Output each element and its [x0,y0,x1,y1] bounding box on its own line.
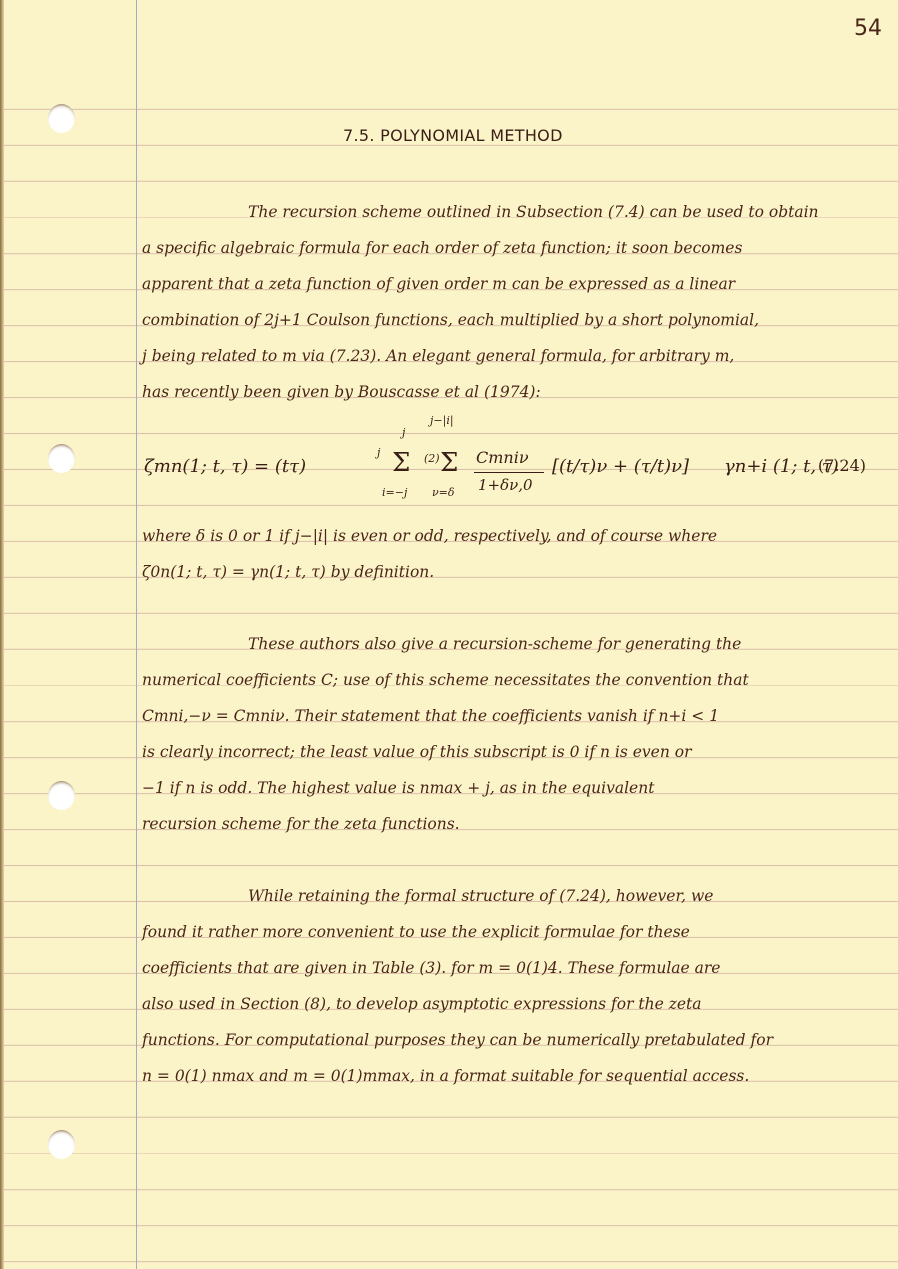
sum2-upper: j−|i| [430,414,454,427]
sum2-prefix: (2) [424,452,440,465]
equation-bracket: [(t/τ)ν + (τ/t)ν] [552,456,689,477]
section-title: 7.5. POLYNOMIAL METHOD [343,126,563,145]
sum1-upper: j [402,426,405,439]
punch-hole [48,444,75,473]
paragraph3-line: Cmni,−ν = Cmniν. Their statement that th… [142,707,719,725]
punch-hole [48,781,75,810]
paragraph4-line: n = 0(1) nmax and m = 0(1)mmax, in a for… [142,1067,749,1085]
paragraph4-line: coefficients that are given in Table (3)… [142,959,720,977]
paragraph4-line: functions. For computational purposes th… [142,1031,773,1049]
paragraph1-line: combination of 2j+1 Coulson functions, e… [142,311,759,329]
notebook-page: 54 7.5. POLYNOMIAL METHOD The recursion … [0,0,898,1269]
paragraph1-line: a specific algebraic formula for each or… [142,239,742,257]
paragraph1-line: apparent that a zeta function of given o… [142,275,735,293]
page-number: 54 [854,16,882,41]
sum2-lower: ν=δ [432,486,455,499]
paragraph3-line: These authors also give a recursion-sche… [248,635,741,653]
fraction-bar [474,472,544,473]
paragraph1-line: has recently been given by Bouscasse et … [142,383,541,401]
punch-hole [48,104,75,133]
paragraph4-line: While retaining the formal structure of … [248,887,713,905]
paragraph4-line: found it rather more convenient to use t… [142,923,690,941]
fraction-numerator: Cmniν [476,448,529,467]
equation-number: (7.24) [818,456,866,475]
page-edge [0,0,4,1269]
equation-lhs: ζmn(1; t, τ) = (tτ) [144,456,306,477]
punch-hole [48,1130,75,1159]
fraction-denominator: 1+δν,0 [478,476,533,494]
paragraph1-line: j being related to m via (7.23). An eleg… [142,347,734,365]
sum1-lower: i=−j [382,486,407,499]
equation-lhs-exponent: j [377,446,380,459]
paragraph3-line: is clearly incorrect; the least value of… [142,743,692,761]
margin-line [136,0,137,1269]
paragraph2-line: where δ is 0 or 1 if j−|i| is even or od… [142,527,717,545]
sum2-sigma: Σ [440,448,458,478]
paragraph3-line: numerical coefficients C; use of this sc… [142,671,749,689]
paragraph3-line: −1 if n is odd. The highest value is nma… [142,779,654,797]
paragraph4-line: also used in Section (8), to develop asy… [142,995,702,1013]
equation-7-24: ζmn(1; t, τ) = (tτ) j j Σ i=−j (2) j−|i|… [142,416,892,506]
paragraph2-line: ζ0n(1; t, τ) = γn(1; t, τ) by definition… [142,563,434,581]
paragraph3-line: recursion scheme for the zeta functions. [142,815,460,833]
sum1-sigma: Σ [392,448,410,478]
paragraph1-line: The recursion scheme outlined in Subsect… [248,203,819,221]
